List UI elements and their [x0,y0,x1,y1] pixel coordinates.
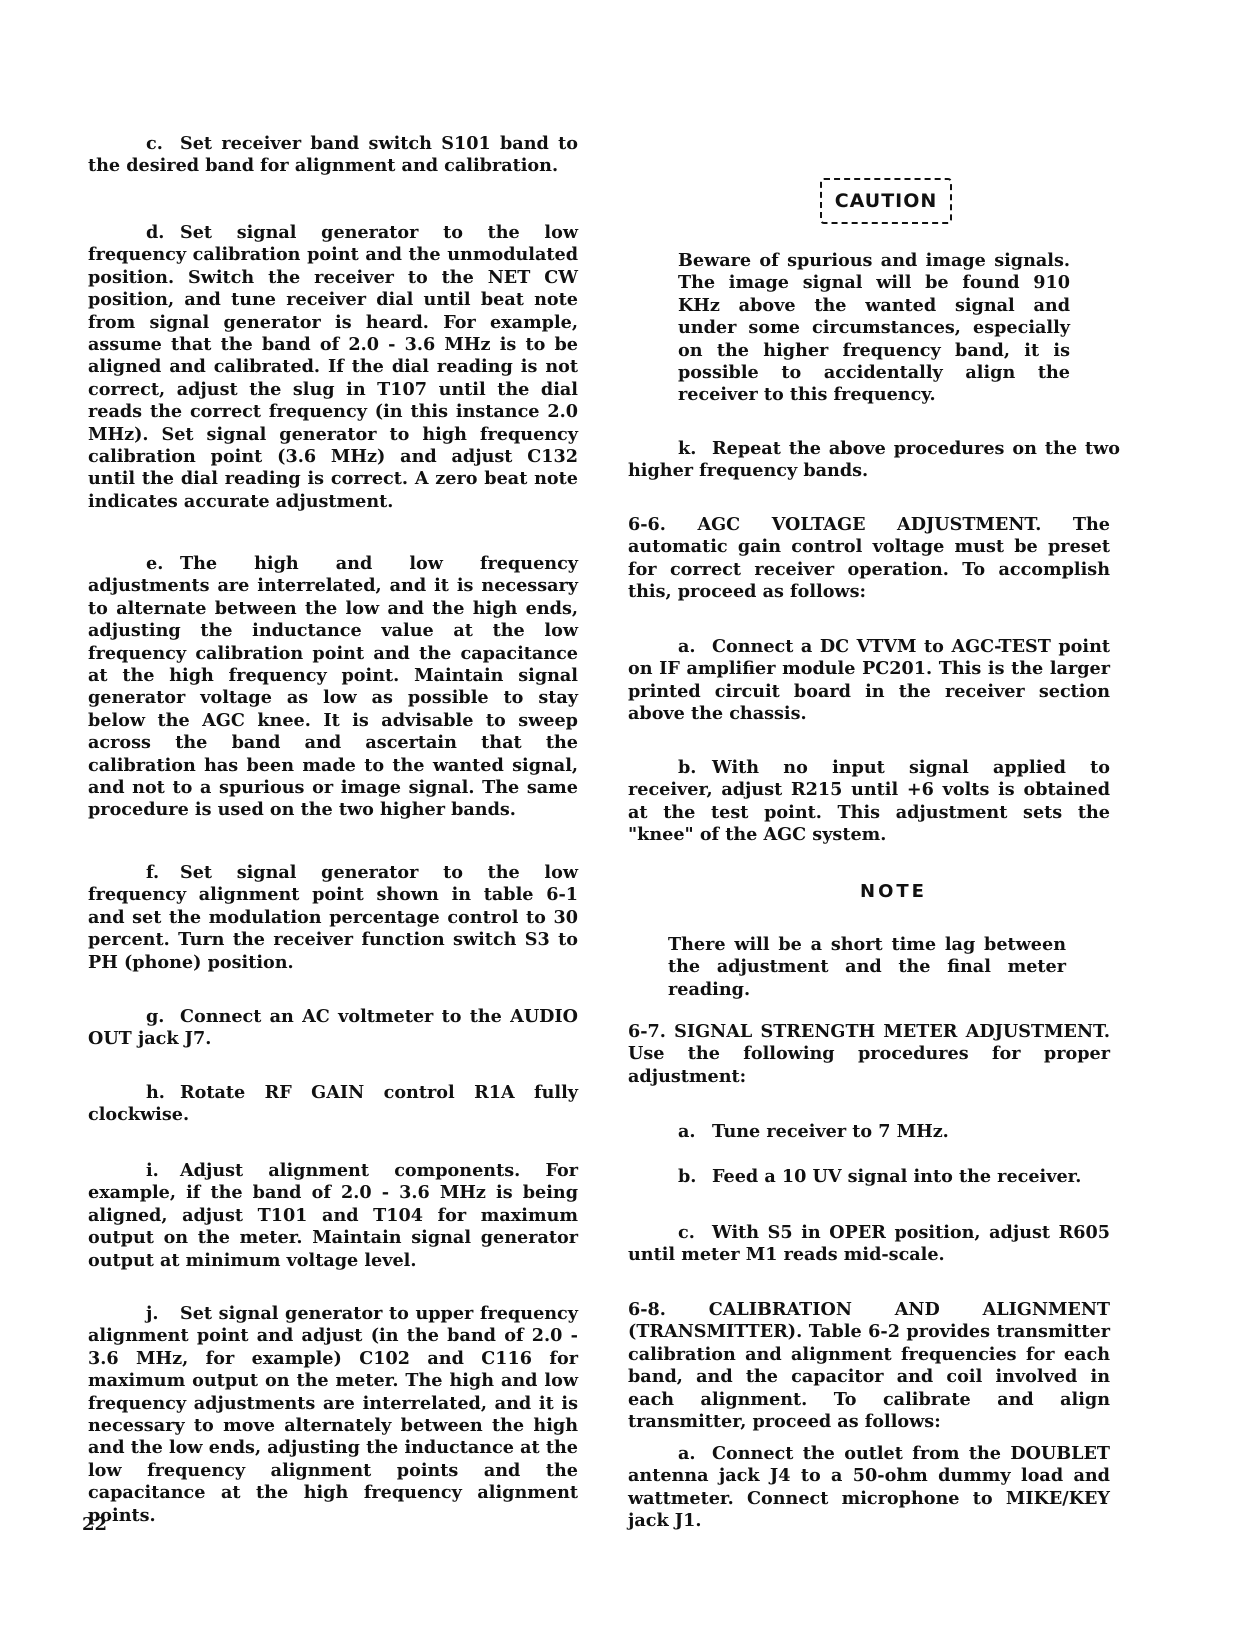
step-label: f. [146,862,180,884]
step-label: k. [678,438,712,460]
caution-title: CAUTION [835,190,938,212]
section-heading: 6-7. SIGNAL STRENGTH METER ADJUSTMENT. [628,1021,1110,1042]
step-label: h. [146,1082,180,1104]
section-intro: Use the following procedures for proper … [628,1043,1110,1086]
step-label: e. [146,553,180,575]
page-number: 22 [82,1514,107,1535]
caution-body: Beware of spurious and image signals. Th… [678,250,1070,405]
ssm-step-b: b.Feed a 10 UV signal into the receiver. [628,1166,1110,1188]
step-text: Tune receiver to 7 MHz. [712,1121,949,1142]
step-k: k.Repeat the above procedures on the two… [628,438,1120,483]
section-heading: 6-6. AGC VOLTAGE ADJUSTMENT. [628,514,1041,535]
step-i: i.Adjust alignment components. For examp… [88,1160,578,1272]
step-text: Feed a 10 UV signal into the receiver. [712,1166,1081,1187]
cal-step-a: a.Connect the outlet from the DOUBLET an… [628,1443,1110,1533]
step-label: a. [678,1121,712,1143]
step-text: The high and low frequency adjustments a… [88,553,578,820]
step-text: Set signal generator to upper frequency … [88,1303,578,1526]
section-6-6: 6-6. AGC VOLTAGE ADJUSTMENT. The automat… [628,514,1110,604]
step-c: c.Set receiver band switch S101 band to … [88,133,578,178]
step-label: i. [146,1160,180,1182]
step-text: Set signal generator to the low frequenc… [88,222,578,512]
note-title: NOTE [860,881,927,902]
step-h: h.Rotate RF GAIN control R1A fully clock… [88,1082,578,1127]
agc-step-a: a.Connect a DC VTVM to AGC-TEST point on… [628,636,1110,726]
step-label: c. [146,133,180,155]
caution-text: Beware of spurious and image signals. Th… [678,250,1070,407]
section-6-7: 6-7. SIGNAL STRENGTH METER ADJUSTMENT. U… [628,1021,1110,1088]
step-label: c. [678,1222,712,1244]
agc-step-b: b.With no input signal applied to receiv… [628,757,1110,847]
step-label: b. [678,757,712,779]
step-label: a. [678,636,712,658]
step-g: g.Connect an AC voltmeter to the AUDIO O… [88,1006,578,1051]
step-e: e.The high and low frequency adjustments… [88,553,578,822]
step-label: g. [146,1006,180,1028]
note-text: There will be a short time lag between t… [668,934,1066,1001]
note-heading: NOTE [860,881,927,902]
step-label: j. [146,1303,180,1325]
step-j: j.Set signal generator to upper frequenc… [88,1303,578,1527]
step-label: b. [678,1166,712,1188]
section-6-8: 6-8. CALIBRATION AND ALIGNMENT (TRANSMIT… [628,1299,1110,1433]
ssm-step-a: a.Tune receiver to 7 MHz. [628,1121,1110,1143]
ssm-step-c: c.With S5 in OPER position, adjust R605 … [628,1222,1110,1267]
note-body: There will be a short time lag between t… [668,934,1066,1000]
caution-box: CAUTION [820,178,952,224]
step-label: a. [678,1443,712,1465]
step-f: f.Set signal generator to the low freque… [88,862,578,974]
step-label: d. [146,222,180,244]
step-d: d.Set signal generator to the low freque… [88,222,578,513]
